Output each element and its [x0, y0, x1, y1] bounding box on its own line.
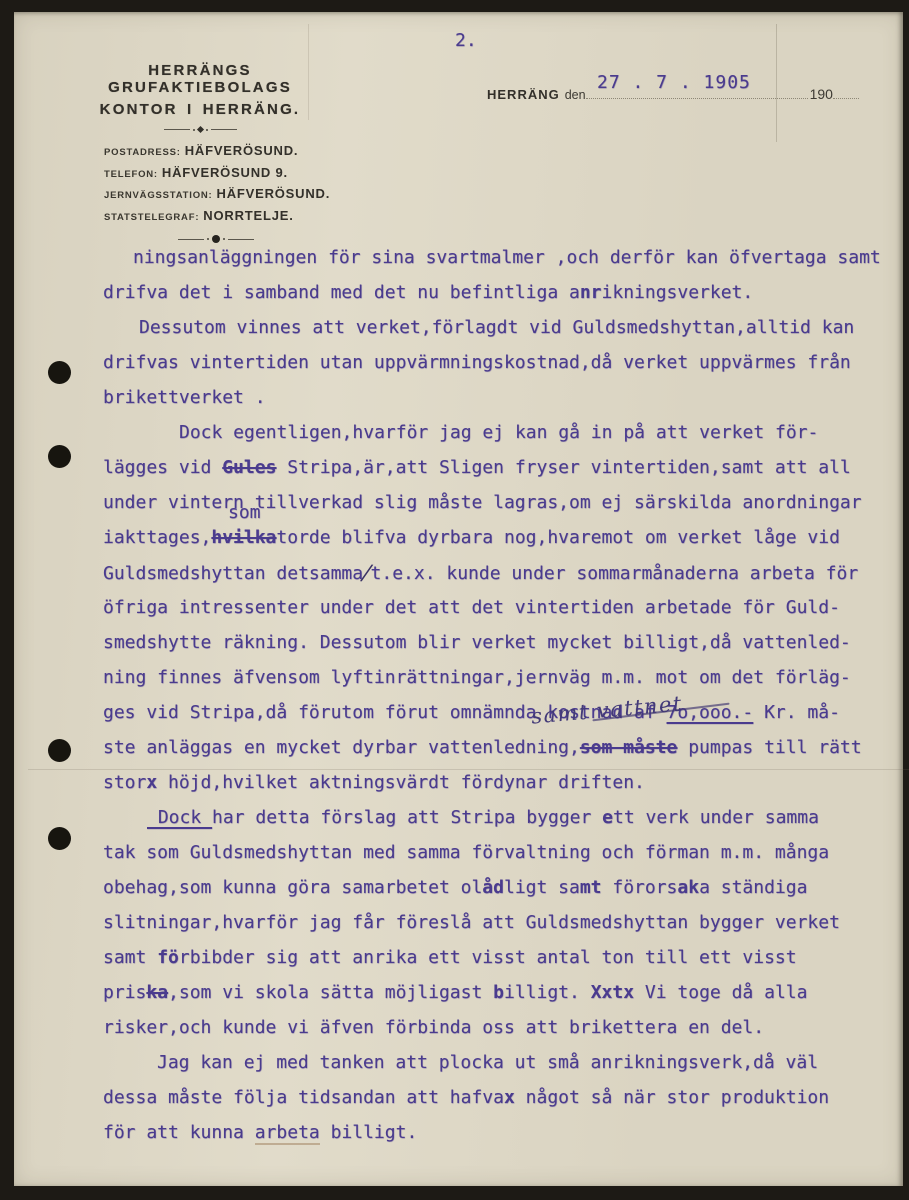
- letter-line: iakttages,hvilkatorde blifva dyrbara nog…: [103, 520, 893, 555]
- letter-line: för att kunna arbeta billigt.: [103, 1115, 893, 1150]
- letter-line: Guldsmedshyttan detsamma/t.e.x. kunde un…: [103, 555, 893, 590]
- punch-hole: [48, 445, 71, 468]
- letter-line: Dock har detta förslag att Stripa bygger…: [103, 800, 893, 835]
- letter-body: ningsanläggningen för sina svartmalmer ,…: [103, 240, 893, 1150]
- contact-value: HÄFVERÖSUND.: [185, 143, 299, 158]
- contact-label: POSTADRESS:: [104, 147, 181, 158]
- scanned-letter-page: HERRÄNGS GRUFAKTIEBOLAGS KONTOR I HERRÄN…: [0, 0, 909, 1200]
- letter-line: ste anläggas en mycket dyrbar vattenledn…: [103, 730, 893, 765]
- letter-line: Jag kan ej med tanken att plocka ut små …: [103, 1045, 893, 1080]
- letter-line: under vintern tillverkad slig måste lagr…: [103, 485, 893, 520]
- letter-line: ningsanläggningen för sina svartmalmer ,…: [103, 240, 893, 275]
- contact-value: NORRTELJE.: [203, 208, 293, 223]
- letter-line: drifvas vintertiden utan uppvärmningskos…: [103, 345, 893, 380]
- letter-line: ning finnes äfvensom lyftinrättningar,je…: [103, 660, 893, 695]
- typed-date: 27 . 7 . 1905: [597, 72, 751, 93]
- letter-line: risker,och kunde vi äfven förbinda oss a…: [103, 1010, 893, 1045]
- letterhead: HERRÄNGS GRUFAKTIEBOLAGS KONTOR I HERRÄN…: [70, 62, 330, 243]
- contact-telegraph: STATSTELEGRAF:NORRTELJE.: [104, 206, 330, 228]
- letter-line: brikettverket .: [103, 380, 893, 415]
- page-number: 2.: [455, 30, 477, 51]
- contact-label: JERNVÄGSSTATION:: [104, 190, 213, 201]
- interline-correction: som: [228, 502, 261, 523]
- contact-info: POSTADRESS:HÄFVERÖSUND. TELEFON:HÄFVERÖS…: [104, 141, 330, 227]
- contact-postal: POSTADRESS:HÄFVERÖSUND.: [104, 141, 330, 163]
- letter-line: obehag,som kunna göra samarbetet olådlig…: [103, 870, 893, 905]
- punch-hole: [48, 361, 71, 384]
- company-name-line1: HERRÄNGS GRUFAKTIEBOLAGS: [70, 62, 330, 96]
- contact-label: STATSTELEGRAF:: [104, 212, 199, 223]
- contact-value: HÄFVERÖSUND 9.: [162, 165, 288, 180]
- letter-line: öfriga intressenter under det att det vi…: [103, 590, 893, 625]
- letter-line: storx höjd,hvilket aktningsvärdt fördyna…: [103, 765, 893, 800]
- dateline-place: HERRÄNG: [487, 87, 560, 102]
- contact-phone: TELEFON:HÄFVERÖSUND 9.: [104, 163, 330, 185]
- letter-line: slitningar,hvarför jag får föreslå att G…: [103, 905, 893, 940]
- letter-line: dessa måste följa tidsandan att hafvax n…: [103, 1080, 893, 1115]
- paper-crease: [776, 24, 777, 142]
- letter-line: priska,som vi skola sätta möjligast bill…: [103, 975, 893, 1010]
- dateline-year-prefix: 190: [810, 86, 833, 102]
- letter-line: samt förbibder sig att anrika ett visst …: [103, 940, 893, 975]
- contact-label: TELEFON:: [104, 169, 158, 180]
- letter-line: tak som Guldsmedshyttan med samma förval…: [103, 835, 893, 870]
- letter-line: lägges vid Gules Stripa,är,att Sligen fr…: [103, 450, 893, 485]
- contact-value: HÄFVERÖSUND.: [217, 186, 331, 201]
- letter-line: ges vid Stripa,då förutom förut omnämnda…: [103, 695, 893, 730]
- ornament-divider: [70, 127, 330, 132]
- punch-hole: [48, 827, 71, 850]
- letter-line: drifva det i samband med det nu befintli…: [103, 275, 893, 310]
- company-name-line2: KONTOR I HERRÄNG.: [70, 101, 330, 118]
- contact-railway: JERNVÄGSSTATION:HÄFVERÖSUND.: [104, 184, 330, 206]
- letter-line: Dock egentligen,hvarför jag ej kan gå in…: [103, 415, 893, 450]
- letter-line: Dessutom vinnes att verket,förlagdt vid …: [103, 310, 893, 345]
- letter-line: smedshytte räkning. Dessutom blir verket…: [103, 625, 893, 660]
- dateline-dotted-rule: [833, 86, 859, 99]
- punch-hole: [48, 739, 71, 762]
- dateline-den: den: [565, 88, 586, 102]
